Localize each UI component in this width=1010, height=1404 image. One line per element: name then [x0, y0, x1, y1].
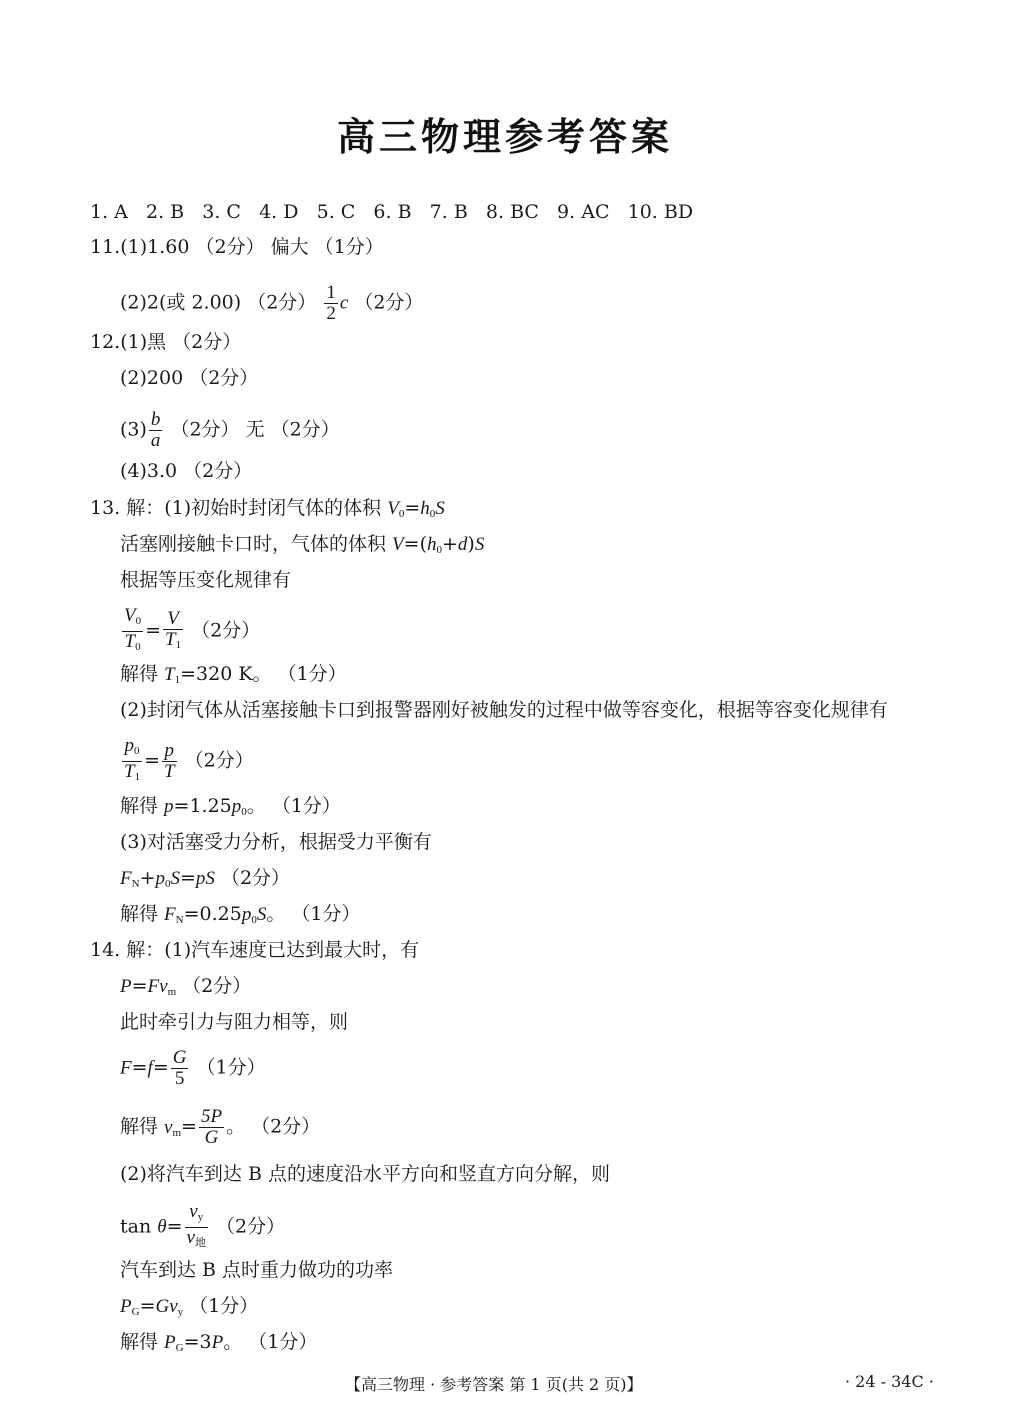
- footer-page-info: 【高三物理 · 参考答案 第 1 页(共 2 页)】: [345, 1372, 643, 1395]
- q13-line-9: (3)对活塞受力分析，根据受力平衡有: [120, 830, 432, 854]
- q14-line-5: 解得 vm=5PG。 （2分）: [120, 1107, 320, 1148]
- q13-line-4: V0T0=VT1 （2分）: [120, 606, 260, 657]
- q13-line-6: (2)封闭气体从活塞接触卡口到报警器刚好被触发的过程中做等容变化，根据等容变化规…: [120, 698, 888, 722]
- q14-line-6: (2)将汽车到达 B 点的速度沿水平方向和竖直方向分解，则: [120, 1162, 610, 1186]
- q14-line-8: 汽车到达 B 点时重力做功的功率: [120, 1258, 393, 1282]
- q12-line-3: (3)ba （2分） 无 （2分）: [120, 410, 340, 451]
- q11-line-1: 11.(1)1.60 （2分） 偏大 （1分）: [90, 235, 384, 259]
- q11-line-2: (2)2(或 2.00) （2分） 12c （2分）: [120, 283, 423, 324]
- q14-line-4: F=f=G5 （1分）: [120, 1048, 266, 1089]
- q13-line-1: 13. 解：(1)初始时封闭气体的体积 V0=h0S: [90, 496, 445, 526]
- choice-answers: 1. A 2. B 3. C 4. D 5. C 6. B 7. B 8. BC…: [90, 200, 693, 224]
- q13-line-11: 解得 FN=0.25p0S。 （1分）: [120, 902, 360, 932]
- q13-line-10: FN+p0S=pS （2分）: [120, 866, 290, 896]
- q12-line-4: (4)3.0 （2分）: [120, 459, 252, 483]
- q14-line-9: PG=Gvy （1分）: [120, 1294, 258, 1324]
- q14-line-2: P=Fvm （2分）: [120, 974, 251, 1004]
- q12-line-1: 12.(1)黑 （2分）: [90, 330, 241, 354]
- q13-line-3: 根据等压变化规律有: [120, 568, 291, 592]
- q13-line-8: 解得 p=1.25p0。 （1分）: [120, 794, 341, 824]
- q14-line-7: tan θ=vyv地 （2分）: [120, 1202, 285, 1253]
- q12-line-2: (2)200 （2分）: [120, 366, 258, 390]
- q14-line-3: 此时牵引力与阻力相等，则: [120, 1010, 348, 1034]
- q13-line-7: p0T1=pT （2分）: [120, 736, 254, 787]
- page-title: 高三物理参考答案: [0, 106, 1010, 161]
- footer-code: · 24 - 34C ·: [845, 1372, 934, 1391]
- q14-line-10: 解得 PG=3P。 （1分）: [120, 1330, 317, 1360]
- q14-line-1: 14. 解：(1)汽车速度已达到最大时，有: [90, 938, 419, 962]
- q13-line-5: 解得 T1=320 K。 （1分）: [120, 662, 347, 692]
- q13-line-2: 活塞刚接触卡口时，气体的体积 V=(h0+d)S: [120, 532, 484, 562]
- fraction: 12: [324, 283, 338, 324]
